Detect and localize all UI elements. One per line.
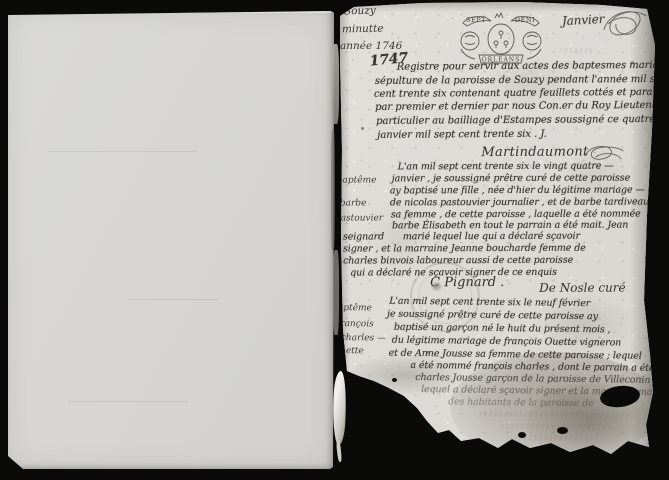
scratch-line xyxy=(128,299,218,300)
scratch-line xyxy=(68,401,188,402)
paper-hole xyxy=(392,378,397,382)
left-blank-page xyxy=(8,11,334,469)
paper-hole xyxy=(518,432,526,438)
act2-margin-note: ouette xyxy=(335,347,364,356)
act2-line: je soussigné prêtre curé de cette parois… xyxy=(387,310,598,323)
act2-line: baptisé un garçon né le huit du présent … xyxy=(394,323,611,336)
act2-block: baptême françois charles — ouette L'an m… xyxy=(329,0,669,480)
torn-paper-remnant xyxy=(336,440,342,462)
act2-line: du légitime mariage de françois Ouette v… xyxy=(392,336,622,349)
scanned-register-spread: Souzy minutte année 1746 SEPT DENI ORLEA… xyxy=(0,0,669,480)
paper-hole xyxy=(557,427,568,434)
act2-margin-note: françois xyxy=(337,320,374,329)
act2-line: des habitants de la paroisse de xyxy=(448,397,594,409)
torn-paper-remnant xyxy=(333,250,339,335)
right-manuscript-page: Souzy minutte année 1746 SEPT DENI ORLEA… xyxy=(332,0,669,480)
torn-paper-remnant xyxy=(332,44,339,124)
faded-text-smudge xyxy=(520,434,600,441)
torn-paper-remnant xyxy=(331,130,335,250)
scratch-line xyxy=(48,151,198,152)
ink-specks xyxy=(332,0,333,1)
faded-text-smudge xyxy=(480,411,630,419)
act2-line: L'an mil sept cent trente six le neuf fé… xyxy=(389,297,590,310)
torn-paper-curl xyxy=(331,371,348,446)
act2-margin-note: charles — xyxy=(341,334,386,344)
